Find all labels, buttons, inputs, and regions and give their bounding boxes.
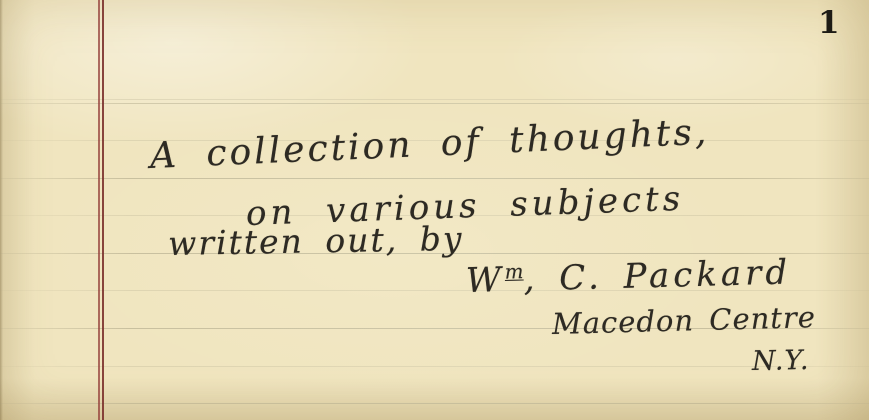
margin-line-inner (102, 0, 104, 420)
handwriting-author-name: Wm, C. Packard (465, 252, 791, 300)
handwriting-place: Macedon Centre (552, 300, 817, 341)
header-rule-line (0, 99, 869, 100)
author-name-prefix: W (465, 260, 505, 301)
handwriting-byline: written out, by (168, 219, 464, 263)
rule-line (0, 178, 869, 179)
author-name-rest: , C. Packard (523, 252, 792, 299)
margin-line (97, 0, 106, 420)
author-name-superscript: m (504, 260, 523, 283)
notebook-page-scan: 1 A collection of thoughts, on various s… (0, 0, 869, 420)
rule-line (0, 403, 869, 404)
margin-line-outer (98, 0, 100, 420)
handwriting-title-line: A collection of thoughts, (149, 112, 710, 177)
handwriting-state: N.Y. (752, 345, 810, 377)
scan-edge-shadow (0, 0, 3, 420)
rule-line (0, 366, 869, 367)
page-number: 1 (818, 5, 841, 41)
header-rule-line (0, 103, 869, 104)
